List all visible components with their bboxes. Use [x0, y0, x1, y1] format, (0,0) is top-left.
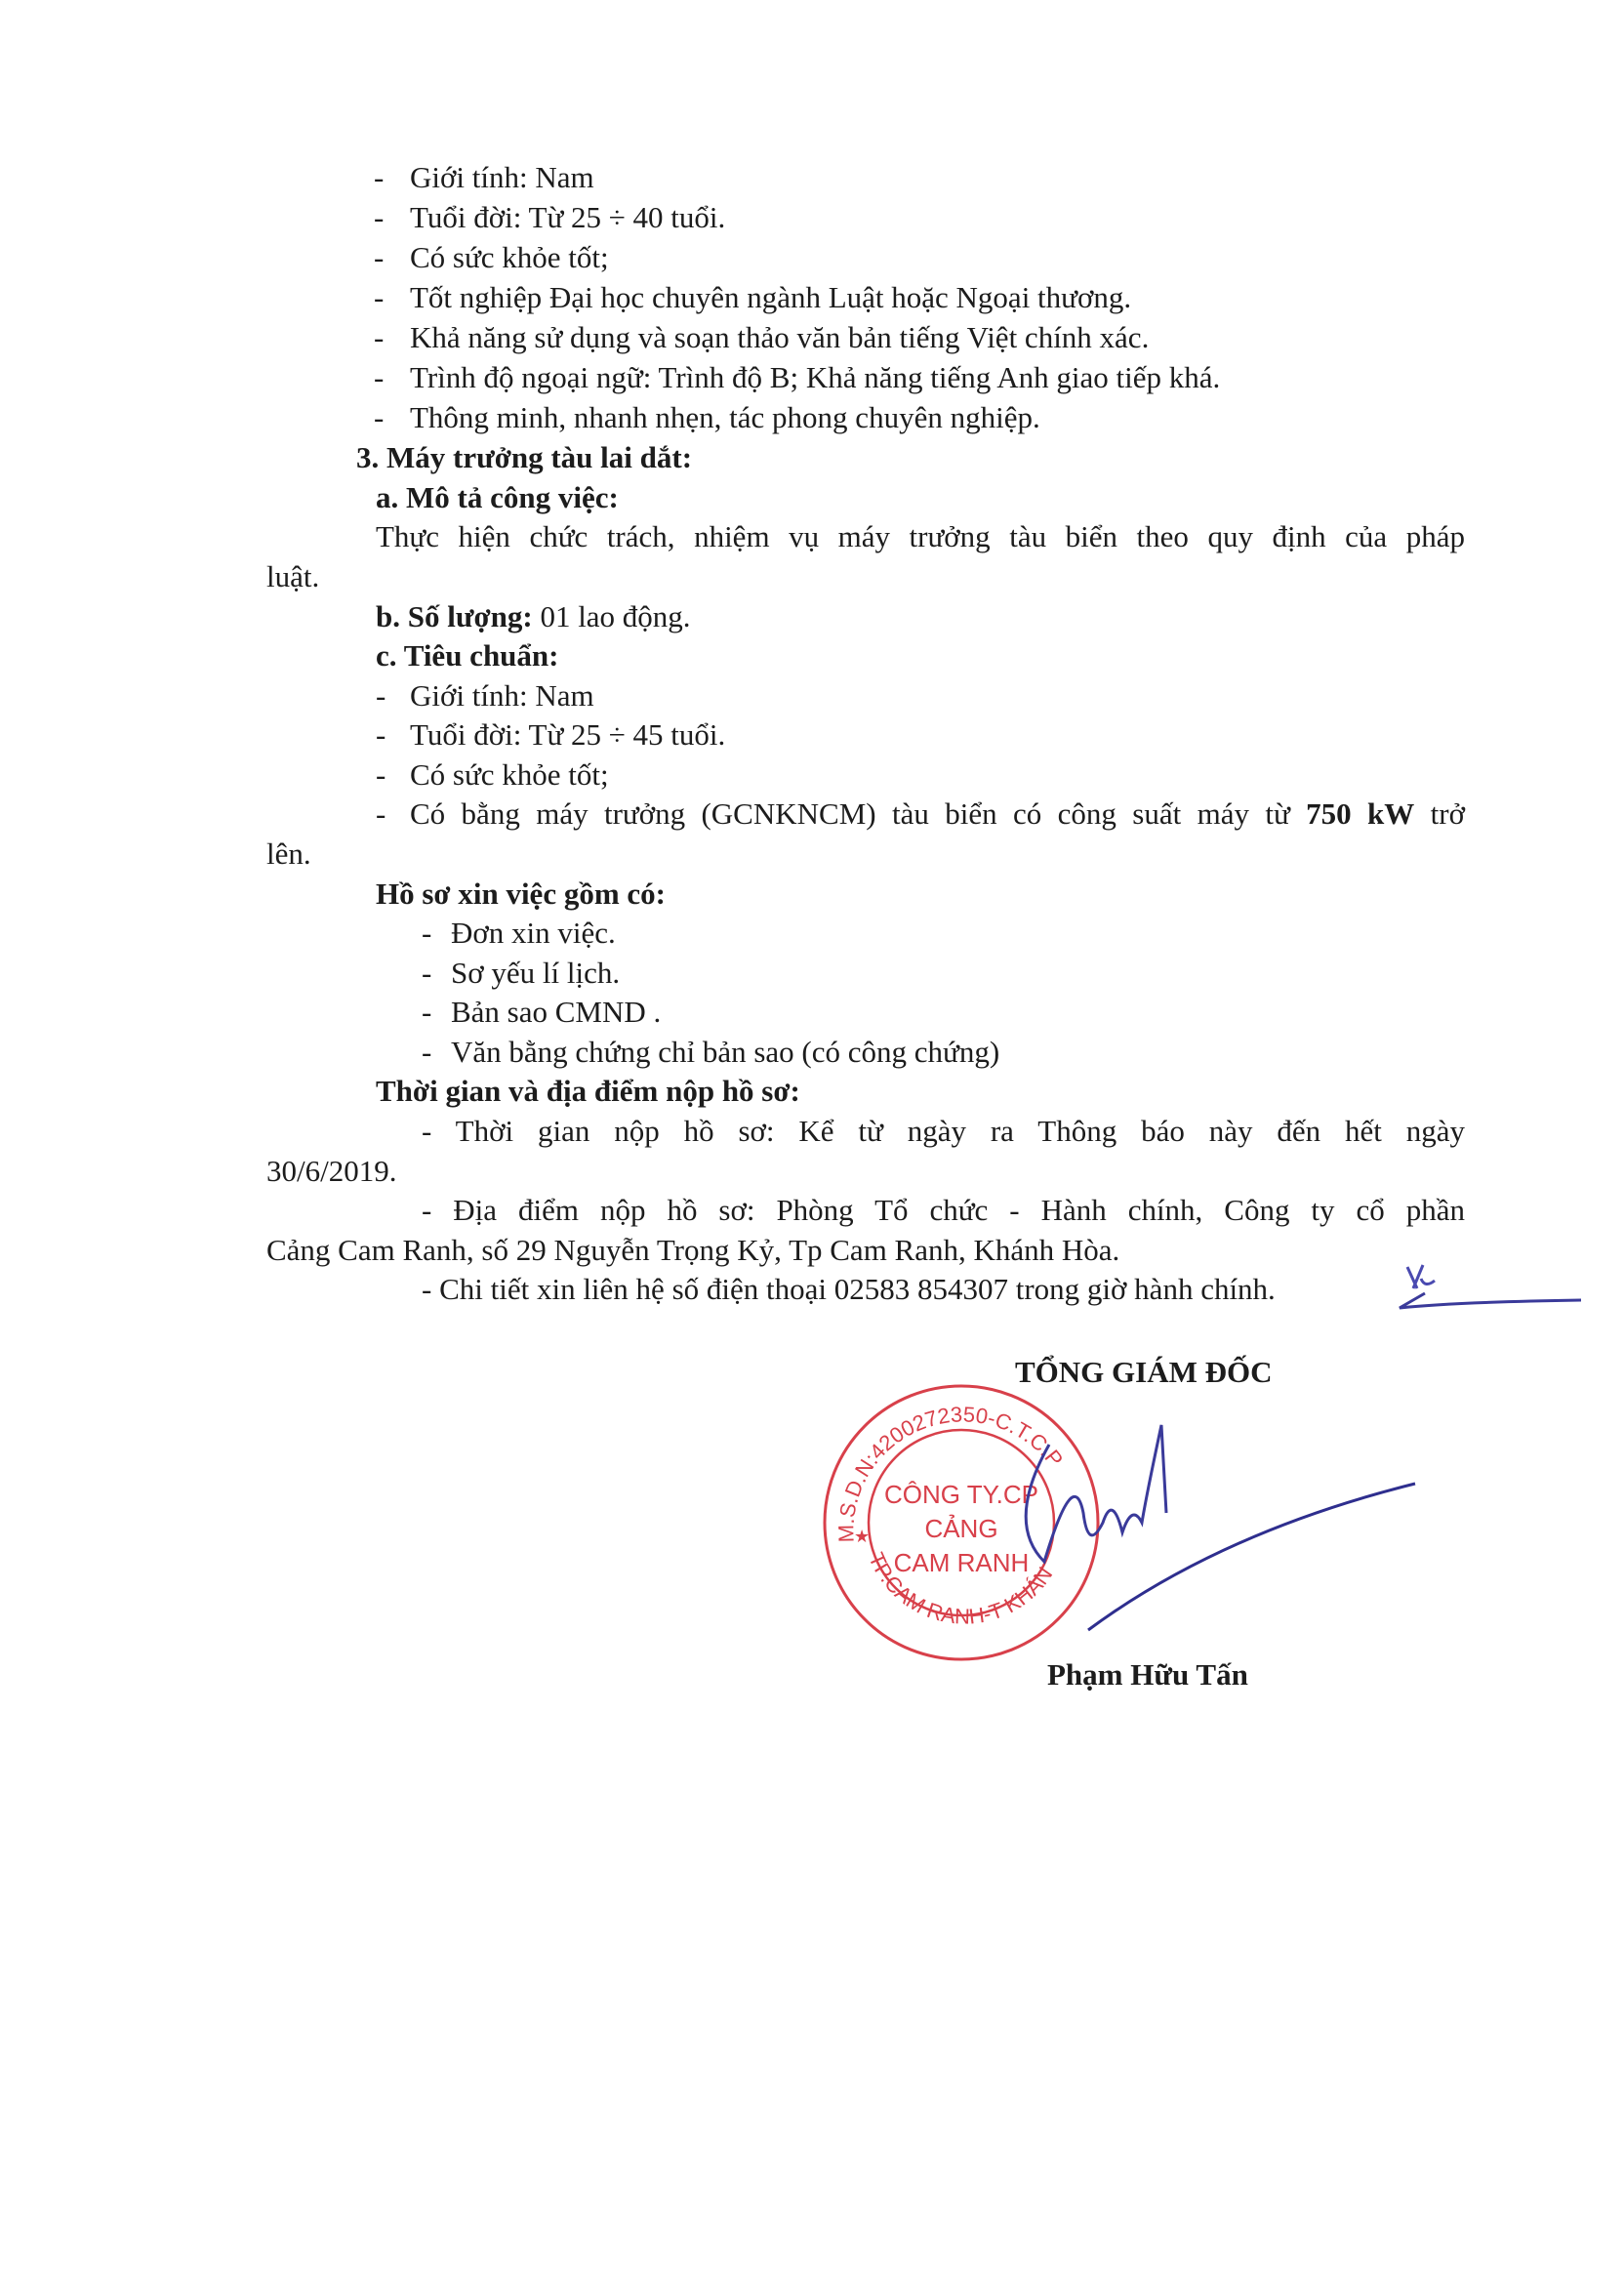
bullet-dash: - — [376, 715, 386, 755]
dossier-heading: Hồ sơ xin việc gồm có: — [376, 875, 666, 914]
bullet-dash: - — [422, 954, 431, 993]
dossier-item: Đơn xin việc. — [451, 914, 616, 953]
quantity-label: b. Số lượng: — [376, 599, 533, 633]
description-text-cont: luật. — [266, 557, 319, 596]
license-requirement-cont: lên. — [266, 835, 311, 874]
quantity-value: 01 lao động. — [533, 599, 691, 633]
bullet-dash: - — [374, 238, 384, 277]
bullet-dash: - — [376, 755, 386, 795]
bullet-dash: - — [422, 993, 431, 1032]
criteria-item: Tốt nghiệp Đại học chuyên ngành Luật hoặ… — [410, 278, 1131, 317]
submission-place: - Địa điểm nộp hồ sơ: Phòng Tổ chức - Hà… — [422, 1191, 1465, 1230]
criteria-item: Giới tính: Nam — [410, 676, 594, 715]
bullet-dash: - — [374, 278, 384, 317]
criteria-item: Trình độ ngoại ngữ: Trình độ B; Khả năng… — [410, 358, 1220, 397]
criteria-item: Có sức khỏe tốt; — [410, 238, 609, 277]
license-requirement: Có bằng máy trưởng (GCNKNCM) tàu biển có… — [410, 795, 1465, 834]
criteria-item: Khả năng sử dụng và soạn thảo văn bản ti… — [410, 318, 1149, 357]
license-power: 750 kW — [1306, 796, 1414, 831]
bullet-dash: - — [374, 358, 384, 397]
submission-heading: Thời gian và địa điểm nộp hồ sơ: — [376, 1072, 800, 1111]
bullet-dash: - — [374, 198, 384, 237]
criteria-item: Thông minh, nhanh nhẹn, tác phong chuyên… — [410, 398, 1040, 437]
quantity-line: b. Số lượng: 01 lao động. — [376, 597, 691, 636]
description-heading: a. Mô tả công việc: — [376, 478, 619, 517]
signatory-name: Phạm Hữu Tấn — [1047, 1655, 1248, 1694]
bullet-dash: - — [374, 158, 384, 197]
dossier-item: Bản sao CMND . — [451, 993, 661, 1032]
submission-place-cont: Cảng Cam Ranh, số 29 Nguyễn Trọng Kỷ, Tp… — [266, 1231, 1119, 1270]
bullet-dash: - — [376, 676, 386, 715]
bullet-dash: - — [374, 398, 384, 437]
submission-time-cont: 30/6/2019. — [266, 1152, 396, 1191]
director-signature-icon — [976, 1406, 1425, 1640]
bullet-dash: - — [374, 318, 384, 357]
license-text: Có bằng máy trưởng (GCNKNCM) tàu biển có… — [410, 796, 1306, 831]
criteria-item: Tuổi đời: Từ 25 ÷ 45 tuổi. — [410, 715, 725, 755]
contact-line: - Chi tiết xin liên hệ số điện thoại 025… — [422, 1270, 1276, 1309]
description-text: Thực hiện chức trách, nhiệm vụ máy trưởn… — [376, 517, 1465, 556]
dossier-item: Văn bằng chứng chỉ bản sao (có công chứn… — [451, 1033, 999, 1072]
criteria-heading: c. Tiêu chuẩn: — [376, 636, 558, 675]
section3-heading: 3. Máy trưởng tàu lai dắt: — [356, 438, 692, 477]
criteria-item: Có sức khỏe tốt; — [410, 755, 609, 795]
criteria-item: Giới tính: Nam — [410, 158, 594, 197]
dossier-item: Sơ yếu lí lịch. — [451, 954, 620, 993]
criteria-item: Tuổi đời: Từ 25 ÷ 40 tuổi. — [410, 198, 725, 237]
bullet-dash: - — [422, 914, 431, 953]
bullet-dash: - — [422, 1033, 431, 1072]
svg-text:★: ★ — [854, 1527, 870, 1546]
license-text-end: trở — [1414, 796, 1465, 831]
initial-signature-icon — [1396, 1259, 1591, 1327]
bullet-dash: - — [376, 795, 386, 834]
submission-time: - Thời gian nộp hồ sơ: Kể từ ngày ra Thô… — [422, 1112, 1465, 1151]
